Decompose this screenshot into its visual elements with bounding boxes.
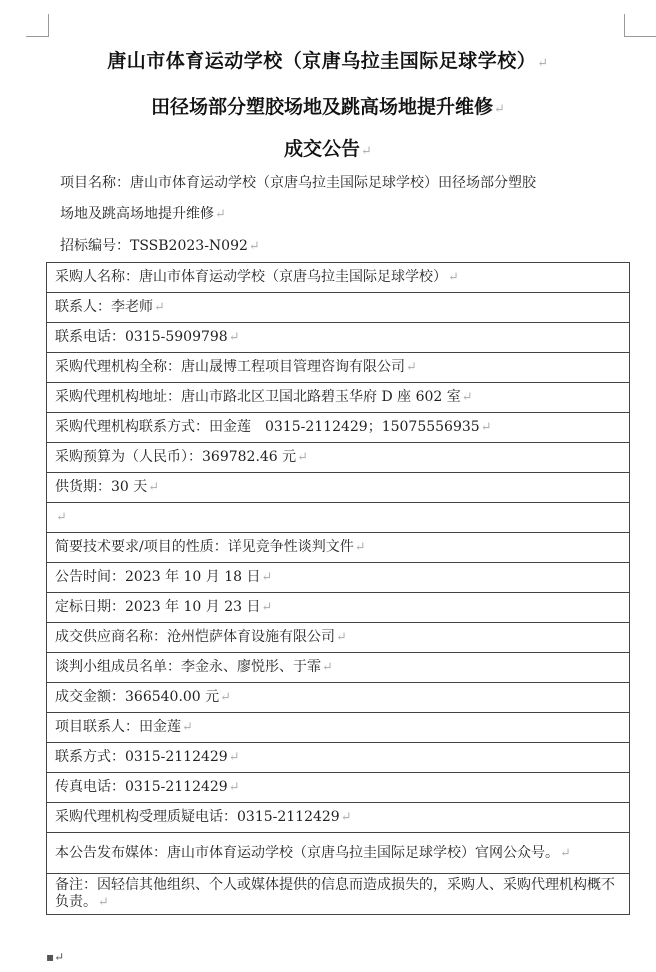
table-cell-text: 采购人名称：唐山市体育运动学校（京唐乌拉圭国际足球学校） — [55, 269, 447, 285]
paragraph-mark-icon: ↵ — [462, 390, 473, 405]
bid-number: 招标编号：TSSB2023-N092↵ — [60, 235, 260, 255]
end-paragraph-mark-icon: ▪↵ — [46, 950, 64, 964]
paragraph-mark-icon: ↵ — [249, 239, 260, 254]
paragraph-mark-icon: ↵ — [361, 144, 372, 159]
page-corner-top-right-mark — [624, 14, 656, 37]
table-row: 谈判小组成员名单：李金永、廖悦彤、于霏↵ — [47, 653, 630, 683]
project-name-line-1: 项目名称：唐山市体育运动学校（京唐乌拉圭国际足球学校）田径场部分塑胶 — [60, 172, 630, 192]
title-line-3-text: 成交公告 — [284, 138, 360, 160]
table-row: 采购代理机构联系方式：田金莲 0315-2112429；15075556935↵ — [47, 413, 630, 443]
table-cell-text: 采购代理机构地址：唐山市路北区卫国北路碧玉华府 D 座 602 室 — [55, 389, 461, 405]
announcement-table-body: 采购人名称：唐山市体育运动学校（京唐乌拉圭国际足球学校）↵联系人：李老师↵联系电… — [47, 263, 630, 915]
table-cell: 项目联系人：田金莲↵ — [47, 713, 630, 743]
table-cell-text: 项目联系人：田金莲 — [55, 719, 181, 735]
paragraph-mark-icon: ↵ — [98, 895, 109, 910]
paragraph-mark-icon: ↵ — [262, 600, 273, 615]
paragraph-mark-icon: ↵ — [297, 450, 308, 465]
table-cell-text: 采购代理机构全称：唐山晟博工程项目管理咨询有限公司 — [55, 359, 405, 375]
table-cell-text: 谈判小组成员名单：李金永、廖悦彤、于霏 — [55, 659, 321, 675]
table-cell-text: 公告时间：2023 年 10 月 18 日 — [55, 569, 261, 585]
paragraph-mark-icon: ↵ — [322, 660, 333, 675]
table-cell: 谈判小组成员名单：李金永、廖悦彤、于霏↵ — [47, 653, 630, 683]
paragraph-mark-icon: ↵ — [537, 56, 548, 71]
table-cell: 采购人名称：唐山市体育运动学校（京唐乌拉圭国际足球学校）↵ — [47, 263, 630, 293]
table-cell-text: 备注：因轻信其他组织、个人或媒体提供的信息而造成损失的，采购人、采购代理机构概不… — [55, 877, 615, 910]
page-corner-top-left-mark — [26, 14, 49, 37]
table-cell: 定标日期：2023 年 10 月 23 日↵ — [47, 593, 630, 623]
table-cell-text: 本公告发布媒体：唐山市体育运动学校（京唐乌拉圭国际足球学校）官网公众号。 — [55, 845, 559, 861]
table-cell: 成交金额：366540.00 元↵ — [47, 683, 630, 713]
bid-number-text: 招标编号：TSSB2023-N092 — [60, 238, 248, 254]
table-row: 采购代理机构受理质疑电话：0315-2112429↵ — [47, 803, 630, 833]
table-cell: 公告时间：2023 年 10 月 18 日↵ — [47, 563, 630, 593]
table-cell: 采购代理机构联系方式：田金莲 0315-2112429；15075556935↵ — [47, 413, 630, 443]
table-row: ↵ — [47, 503, 630, 533]
table-cell-text: 采购代理机构受理质疑电话：0315-2112429 — [55, 809, 340, 825]
table-row: 联系电话：0315-5909798↵ — [47, 323, 630, 353]
paragraph-mark-icon: ↵ — [229, 780, 240, 795]
paragraph-mark-icon: ↵ — [229, 750, 240, 765]
table-cell-text: 联系人：李老师 — [55, 299, 153, 315]
table-cell-text: 定标日期：2023 年 10 月 23 日 — [55, 599, 261, 615]
paragraph-mark-icon: ↵ — [560, 846, 571, 861]
table-row: 供货期：30 天↵ — [47, 473, 630, 503]
table-row: 定标日期：2023 年 10 月 23 日↵ — [47, 593, 630, 623]
table-cell-text: 供货期：30 天 — [55, 479, 147, 495]
table-cell-text: 采购预算为（人民币）：369782.46 元 — [55, 449, 296, 465]
table-row: 联系方式：0315-2112429↵ — [47, 743, 630, 773]
paragraph-mark-icon: ↵ — [341, 810, 352, 825]
announcement-table: 采购人名称：唐山市体育运动学校（京唐乌拉圭国际足球学校）↵联系人：李老师↵联系电… — [46, 262, 630, 915]
table-cell: ↵ — [47, 503, 630, 533]
table-cell: 联系方式：0315-2112429↵ — [47, 743, 630, 773]
table-cell-text: 联系电话：0315-5909798 — [55, 329, 228, 345]
table-row: 成交供应商名称：沧州恺萨体育设施有限公司↵ — [47, 623, 630, 653]
paragraph-mark-icon: ↵ — [154, 300, 165, 315]
table-row: 公告时间：2023 年 10 月 18 日↵ — [47, 563, 630, 593]
table-cell-text: 成交供应商名称：沧州恺萨体育设施有限公司 — [55, 629, 335, 645]
paragraph-mark-icon: ↵ — [262, 570, 273, 585]
table-row: 采购代理机构地址：唐山市路北区卫国北路碧玉华府 D 座 602 室↵ — [47, 383, 630, 413]
table-cell: 简要技术要求/项目的性质：详见竞争性谈判文件↵ — [47, 533, 630, 563]
table-cell: 成交供应商名称：沧州恺萨体育设施有限公司↵ — [47, 623, 630, 653]
table-row: 备注：因轻信其他组织、个人或媒体提供的信息而造成损失的，采购人、采购代理机构概不… — [47, 874, 630, 915]
table-row: 采购预算为（人民币）：369782.46 元↵ — [47, 443, 630, 473]
table-row: 传真电话：0315-2112429↵ — [47, 773, 630, 803]
paragraph-mark-icon: ↵ — [481, 420, 492, 435]
project-name-line-2-text: 场地及跳高场地提升维修 — [60, 206, 214, 222]
paragraph-mark-icon: ↵ — [494, 102, 505, 117]
paragraph-mark-icon: ↵ — [220, 690, 231, 705]
table-cell: 联系电话：0315-5909798↵ — [47, 323, 630, 353]
table-cell-text: 简要技术要求/项目的性质：详见竞争性谈判文件 — [55, 539, 354, 555]
title-line-1: 唐山市体育运动学校（京唐乌拉圭国际足球学校）↵ — [0, 46, 656, 73]
table-cell: 本公告发布媒体：唐山市体育运动学校（京唐乌拉圭国际足球学校）官网公众号。↵ — [47, 833, 630, 874]
project-name-line-2: 场地及跳高场地提升维修↵ — [60, 203, 226, 223]
table-cell: 采购代理机构全称：唐山晟博工程项目管理咨询有限公司↵ — [47, 353, 630, 383]
paragraph-mark-icon: ↵ — [56, 510, 67, 525]
table-cell: 采购预算为（人民币）：369782.46 元↵ — [47, 443, 630, 473]
table-row: 简要技术要求/项目的性质：详见竞争性谈判文件↵ — [47, 533, 630, 563]
table-row: 采购代理机构全称：唐山晟博工程项目管理咨询有限公司↵ — [47, 353, 630, 383]
paragraph-mark-icon: ↵ — [448, 270, 459, 285]
table-cell-text: 采购代理机构联系方式：田金莲 0315-2112429；15075556935 — [55, 419, 480, 435]
paragraph-mark-icon: ↵ — [229, 330, 240, 345]
table-cell-text: 联系方式：0315-2112429 — [55, 749, 228, 765]
table-row: 本公告发布媒体：唐山市体育运动学校（京唐乌拉圭国际足球学校）官网公众号。↵ — [47, 833, 630, 874]
paragraph-mark-icon: ↵ — [406, 360, 417, 375]
paragraph-mark-icon: ↵ — [336, 630, 347, 645]
table-cell: 备注：因轻信其他组织、个人或媒体提供的信息而造成损失的，采购人、采购代理机构概不… — [47, 874, 630, 915]
title-line-1-text: 唐山市体育运动学校（京唐乌拉圭国际足球学校） — [107, 50, 536, 72]
table-row: 项目联系人：田金莲↵ — [47, 713, 630, 743]
title-line-3: 成交公告↵ — [0, 134, 656, 161]
table-cell: 传真电话：0315-2112429↵ — [47, 773, 630, 803]
table-cell: 采购代理机构受理质疑电话：0315-2112429↵ — [47, 803, 630, 833]
table-row: 采购人名称：唐山市体育运动学校（京唐乌拉圭国际足球学校）↵ — [47, 263, 630, 293]
table-cell: 采购代理机构地址：唐山市路北区卫国北路碧玉华府 D 座 602 室↵ — [47, 383, 630, 413]
title-line-2: 田径场部分塑胶场地及跳高场地提升维修↵ — [0, 92, 656, 119]
table-cell-text: 传真电话：0315-2112429 — [55, 779, 228, 795]
paragraph-mark-icon: ↵ — [355, 540, 366, 555]
paragraph-mark-icon: ↵ — [215, 207, 226, 222]
title-line-2-text: 田径场部分塑胶场地及跳高场地提升维修 — [151, 96, 493, 118]
table-cell-text: 成交金额：366540.00 元 — [55, 689, 219, 705]
table-row: 成交金额：366540.00 元↵ — [47, 683, 630, 713]
table-cell: 联系人：李老师↵ — [47, 293, 630, 323]
paragraph-mark-icon: ↵ — [182, 720, 193, 735]
table-cell: 供货期：30 天↵ — [47, 473, 630, 503]
paragraph-mark-icon: ↵ — [148, 480, 159, 495]
table-row: 联系人：李老师↵ — [47, 293, 630, 323]
